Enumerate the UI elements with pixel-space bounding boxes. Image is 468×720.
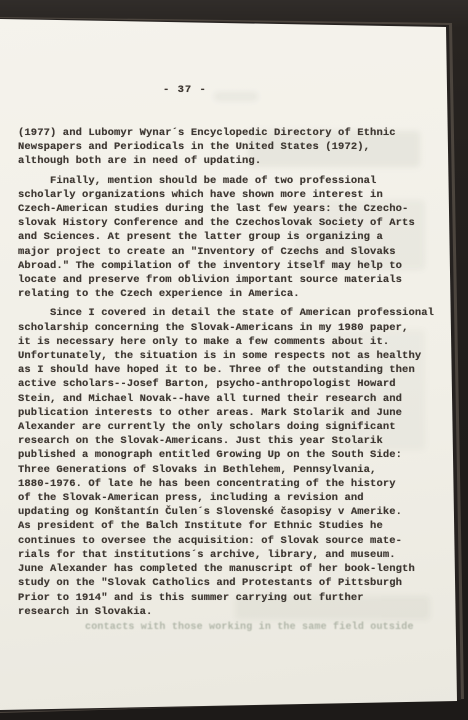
- text-line: research in Slovakia.: [18, 605, 438, 619]
- text-line: published a monograph entitled Growing U…: [18, 448, 438, 462]
- text-line: 1880-1976. Of late he has been concentra…: [18, 477, 438, 491]
- text-line: publication interests to other areas. Ma…: [18, 406, 438, 420]
- text-line: June Alexander has completed the manuscr…: [18, 562, 438, 576]
- text-line: As president of the Balch Institute for …: [18, 519, 438, 533]
- text-line: Alexander are currently the only scholar…: [18, 420, 438, 434]
- text-line: Czech-American studies during the last f…: [18, 202, 438, 216]
- bleed-through-text: contacts with those working in the same …: [85, 622, 414, 633]
- text-line: Three Generations of Slovaks in Bethlehe…: [18, 463, 438, 477]
- text-line: it is necessary here only to make a few …: [18, 335, 438, 349]
- text-line: relating to the Czech experience in Amer…: [18, 287, 438, 301]
- text-line: and Sciences. At present the latter grou…: [18, 230, 438, 244]
- page-number: - 37 -: [163, 84, 207, 96]
- paragraph: Since I covered in detail the state of A…: [18, 306, 438, 618]
- text-line: rials for that institutions´s archive, l…: [18, 548, 438, 562]
- text-line: Stein, and Michael Novak--have all turne…: [18, 392, 438, 406]
- paragraph: Finally, mention should be made of two p…: [18, 174, 438, 302]
- text-line: Unfortunately, the situation is in some …: [18, 349, 438, 363]
- paragraph: (1977) and Lubomyr Wynar´s Encyclopedic …: [18, 126, 438, 169]
- text-line: slovak History Conference and the Czecho…: [18, 216, 438, 230]
- text-line: Since I covered in detail the state of A…: [18, 306, 438, 320]
- text-line: Finally, mention should be made of two p…: [18, 174, 438, 188]
- text-line: although both are in need of updating.: [18, 154, 438, 168]
- text-line: scholarly organizations which have shown…: [18, 188, 438, 202]
- text-line: active scholars--Josef Barton, psycho-an…: [18, 377, 438, 391]
- text-line: scholarship concerning the Slovak-Americ…: [18, 321, 438, 335]
- text-line: Newspapers and Periodicals in the United…: [18, 140, 438, 154]
- text-line: updating og Konštantín Čulen´s Slovenské…: [18, 505, 438, 519]
- text-line: Abroad." The compilation of the inventor…: [18, 259, 438, 273]
- book-page: - 37 - (1977) and Lubomyr Wynar´s Encycl…: [0, 0, 468, 720]
- text-line: Prior to 1914" and is this summer carryi…: [18, 591, 438, 605]
- text-line: continues to oversee the acquisition: of…: [18, 534, 438, 548]
- text-line: (1977) and Lubomyr Wynar´s Encyclopedic …: [18, 126, 438, 140]
- text-line: as I should have hoped it to be. Three o…: [18, 363, 438, 377]
- typewritten-text: (1977) and Lubomyr Wynar´s Encyclopedic …: [18, 126, 438, 619]
- text-line: locate and preserve from oblivion import…: [18, 273, 438, 287]
- text-line: research on the Slovak-Americans. Just t…: [18, 434, 438, 448]
- text-line: major project to create an "Inventory of…: [18, 245, 438, 259]
- scanned-page-photo: - 37 - (1977) and Lubomyr Wynar´s Encycl…: [0, 0, 468, 720]
- text-line: study on the "Slovak Catholics and Prote…: [18, 576, 438, 590]
- text-line: of the Slovak-American press, including …: [18, 491, 438, 505]
- bleed-through-smudge: [214, 92, 258, 101]
